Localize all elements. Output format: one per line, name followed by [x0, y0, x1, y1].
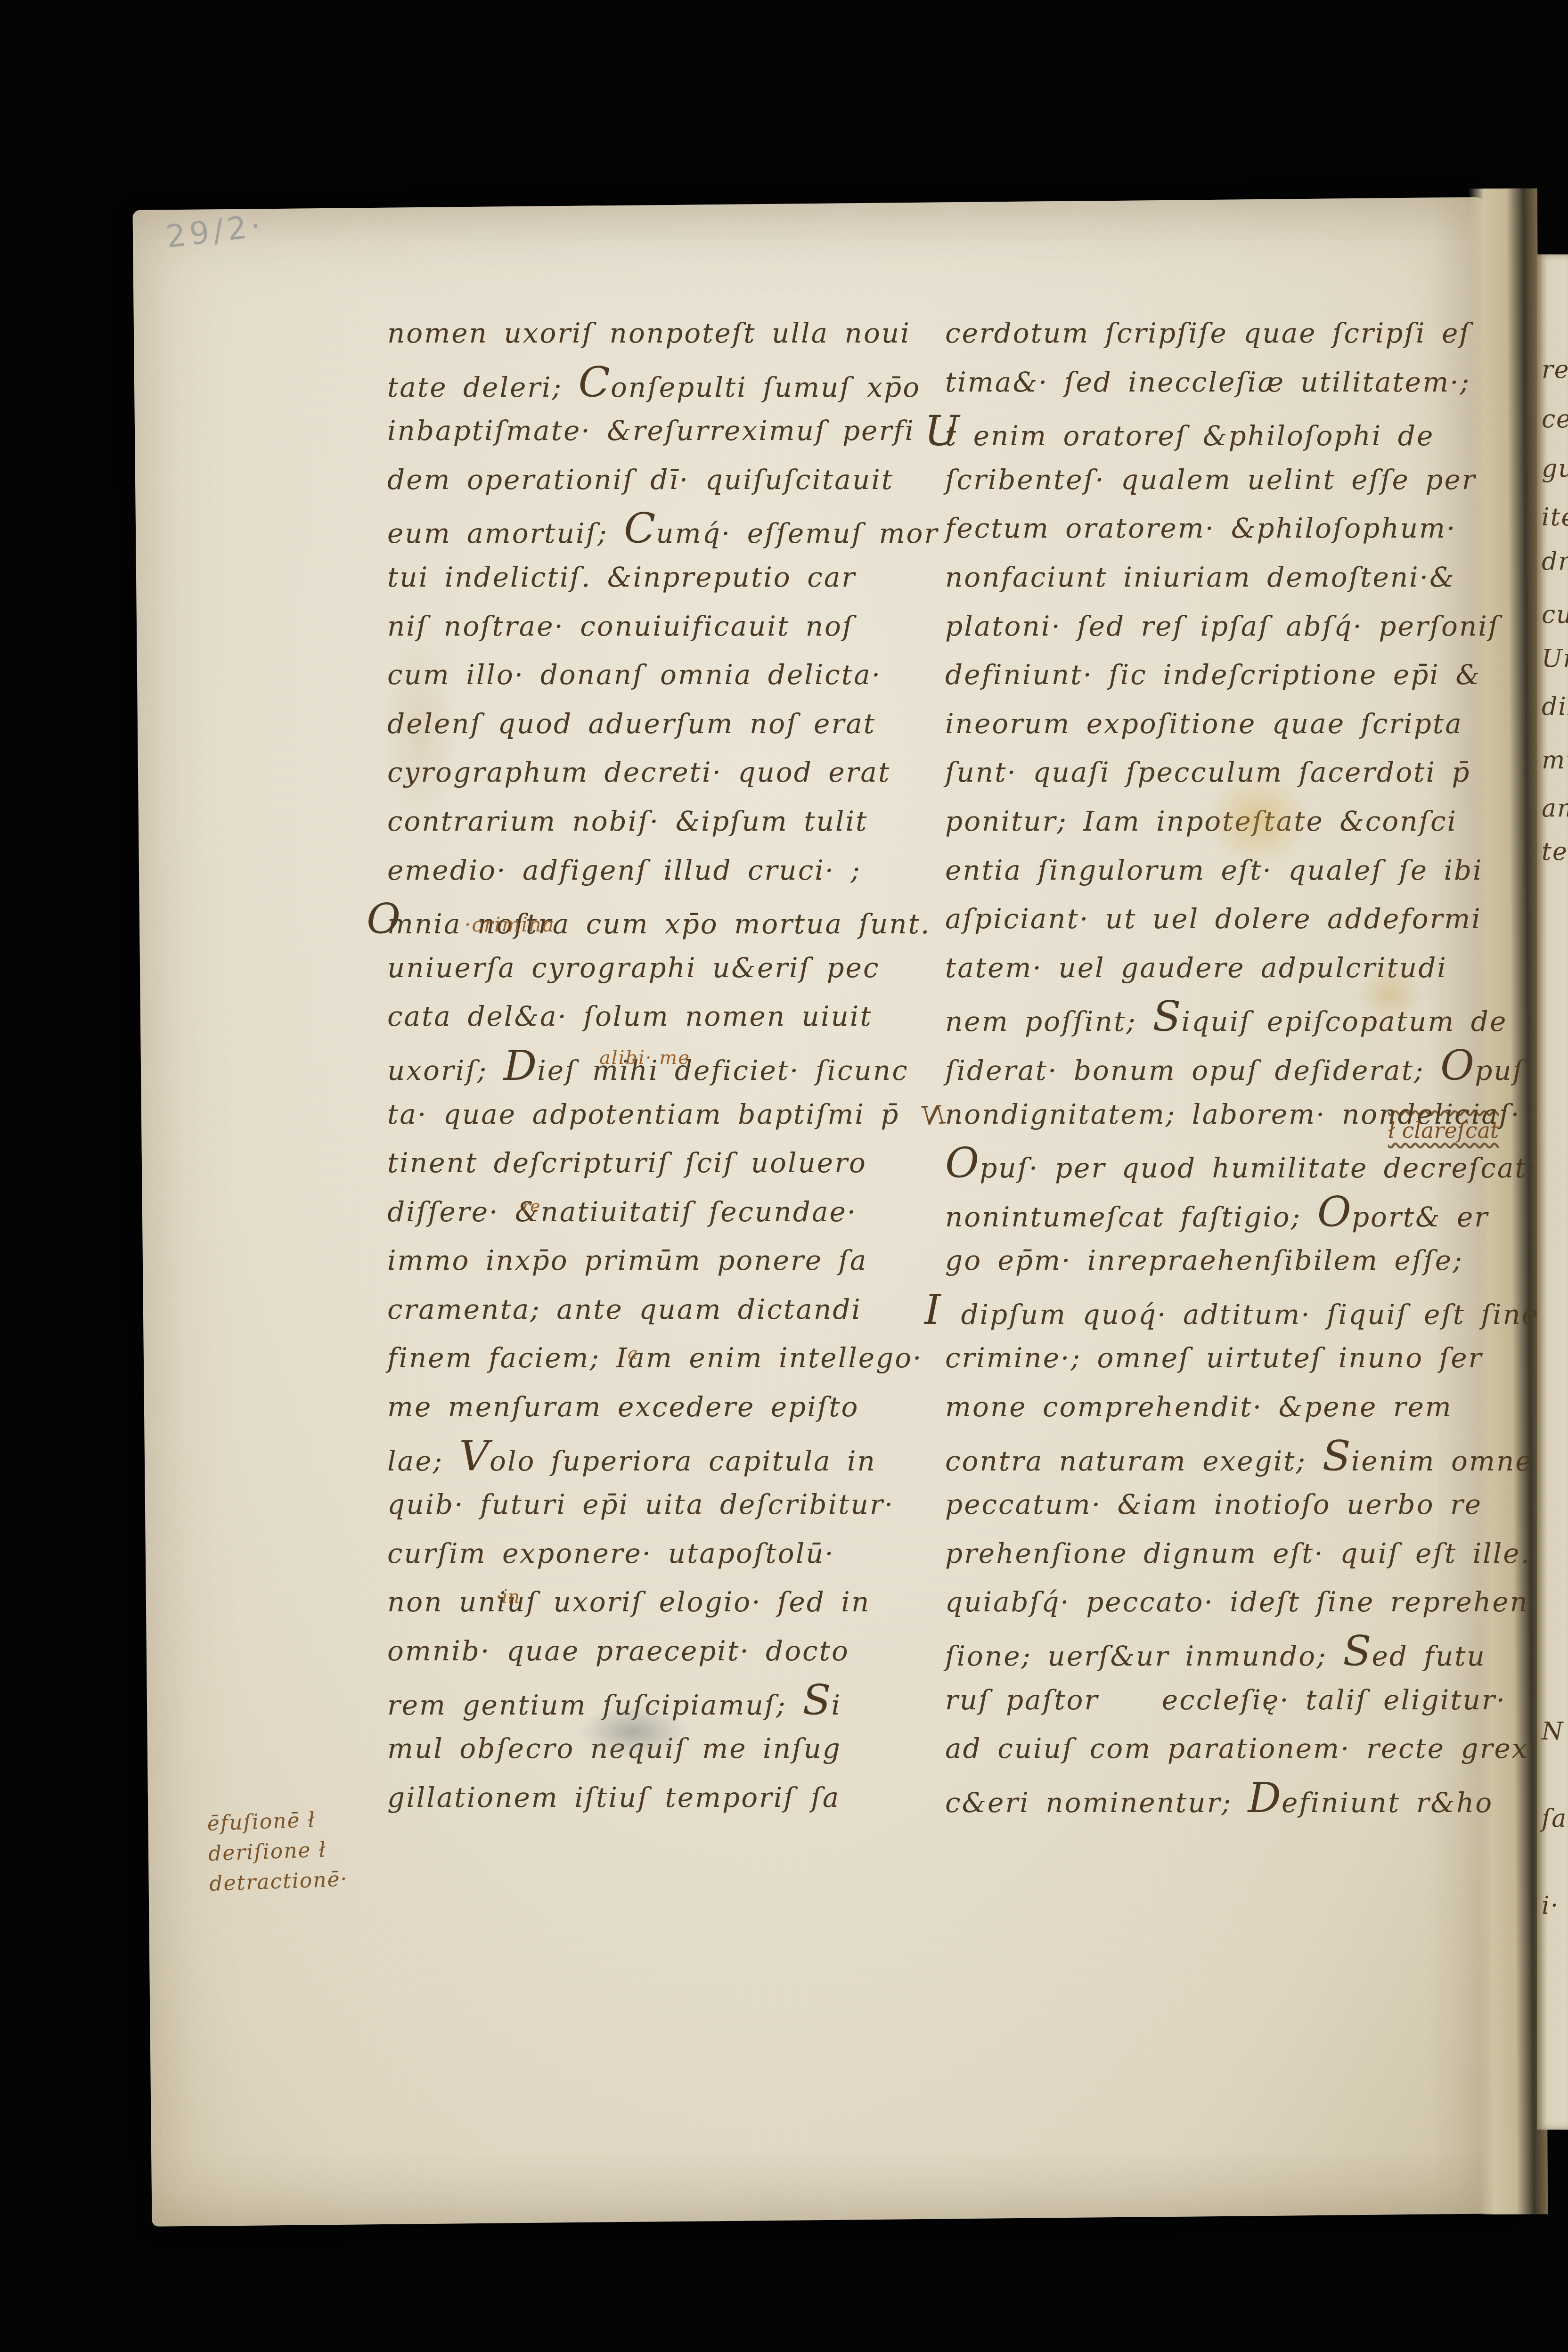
text-line: diſſere· &natiuitatiſ ſecundae·	[387, 1188, 939, 1237]
interlinear-gloss-alibi-me: alibi· me	[599, 1047, 690, 1069]
text-line: nonfaciunt iniuriam demoſteni·&	[945, 553, 1539, 602]
text-line: Ut enim oratoreſ &philoſophi de	[945, 407, 1539, 456]
text-line: I dipſum quoq́· adtitum· ſiquiſ eſt ſine	[945, 1285, 1539, 1334]
text-line: tui indelictiſ. &inpreputio car	[387, 553, 939, 602]
text-line: eum amortuiſ; Cumq́· eſſemuſ mor	[387, 504, 939, 553]
facing-page-text-fragment: ſa	[1542, 1805, 1567, 1833]
text-line: entia ſingulorum eſt· qualeſ ſe ibi	[945, 846, 1539, 895]
text-line: non uniuſ uxoriſ elogio· ſed in	[387, 1578, 939, 1627]
facing-page-text-fragment: dix	[1542, 693, 1568, 721]
text-line: tima&· ſed ineccleſiæ utilitatem·;	[945, 358, 1539, 407]
text-line: quib· futuri ep̄i uita deſcribitur·	[387, 1480, 939, 1529]
interlinear-correction-re: re	[522, 1197, 540, 1216]
text-line: nem poſſint; Siquiſ epiſcopatum de	[945, 992, 1539, 1041]
text-line: fectum oratorem· &philoſophum·	[945, 504, 1539, 553]
text-line: aſpiciant· ut uel dolere addeformi	[945, 895, 1539, 944]
interlinear-gloss-in: ·in	[496, 1586, 520, 1608]
text-line: immo inxp̄o primūm ponere ſa	[387, 1236, 939, 1285]
text-line: gillationem iſtiuſ temporiſ ſa	[387, 1773, 939, 1822]
facing-page-text-fragment: ite	[1542, 503, 1568, 531]
text-line: ſione; uerſ&ur inmundo; Sed futu	[945, 1627, 1539, 1676]
text-line: crimine·; omneſ uirtuteſ inuno ſer	[945, 1334, 1539, 1383]
text-line: ponitur; Iam inpoteſtate &conſci	[945, 797, 1539, 846]
text-line: uniuerſa cyrographi u&eriſ pec	[387, 944, 939, 993]
facing-page-text-fragment: i·	[1542, 1892, 1559, 1920]
text-line: ſunt· quaſi ſpecculum ſacerdoti p̄	[945, 748, 1539, 797]
text-line: nonintumeſcat faſtigio; Oport& er	[945, 1188, 1539, 1237]
margin-annotation-line: deriſione ł	[208, 1834, 347, 1869]
facing-page-text-fragment: Uni	[1542, 645, 1568, 673]
facing-page-text-fragment: gu	[1542, 455, 1568, 483]
facing-page-text-fragment: dn	[1542, 547, 1568, 576]
text-line: ruſ paſtor eccleſię· taliſ eligitur·	[945, 1676, 1539, 1725]
text-line: delenſ quod aduerſum noſ erat	[387, 700, 939, 749]
text-line: omnib· quae praecepit· docto	[387, 1627, 939, 1676]
interlinear-gloss-clarescat: ł clareſcat	[1388, 1118, 1499, 1143]
text-line: go ep̄m· inrepraehenſibilem eſſe;	[945, 1236, 1539, 1285]
facing-page-text-fragment: am	[1542, 794, 1568, 823]
text-line: inbaptiſmate· &reſurreximuſ perfi	[387, 407, 939, 456]
text-line: prehenſione dignum eſt· quiſ eſt ille.	[945, 1529, 1539, 1578]
text-line: rem gentium ſuſcipiamuſ; Si	[387, 1676, 939, 1725]
margin-annotation-line: detractionē·	[209, 1864, 348, 1899]
facing-page-text-fragment: N ce	[1542, 1717, 1568, 1746]
manuscript-photo-background: recetguitedncuiUnidixmuamteN ceſai· 29/2…	[0, 0, 1568, 2352]
text-line: mul obſecro nequiſ me inſug	[387, 1724, 939, 1773]
text-line: mone comprehendit· &pene rem	[945, 1383, 1539, 1432]
facing-page-text-fragment: cet	[1542, 405, 1568, 433]
text-line: c&eri nominentur; Definiunt r&ho	[945, 1773, 1539, 1822]
text-line: ineorum expoſitione quae ſcripta	[945, 700, 1539, 749]
text-line: ta· quae adpotentiam baptiſmi p̄	[387, 1090, 939, 1139]
interlinear-correction-a: a	[628, 1344, 637, 1363]
margin-annotation-bottom-left: ēfuſionē łderiſione łdetractionē·	[207, 1804, 349, 1899]
text-line: quiabſq́· peccato· ideſt ſine reprehen	[945, 1578, 1539, 1627]
facing-page-text-fragment: cui	[1542, 601, 1568, 629]
text-line: ſcribenteſ· qualem uelint eſſe per	[945, 456, 1539, 505]
text-line: cata del&a· ſolum nomen uiuit	[387, 992, 939, 1041]
text-line: contra naturam exegit; Sienim omne	[945, 1432, 1539, 1481]
margin-annotation-line: ēfuſionē ł	[207, 1804, 346, 1839]
nota-mark: N	[922, 1100, 946, 1131]
text-line: me menſuram excedere epiſto	[387, 1383, 939, 1432]
text-line: niſ noſtrae· conuiuificauit noſ	[387, 602, 939, 651]
text-line: cramenta; ante quam dictandi	[387, 1285, 939, 1334]
text-line: cum illo· donanſ omnia delicta·	[387, 651, 939, 700]
text-line: peccatum· &iam inotioſo uerbo re	[945, 1480, 1539, 1529]
text-line: Opuſ· per quod humilitate decreſcat·	[945, 1139, 1539, 1188]
text-line: emedio· adfigenſ illud cruci· ;	[387, 846, 939, 895]
facing-page-text-fragment: re	[1542, 356, 1568, 384]
text-line: ad cuiuſ com parationem· recte grex·	[945, 1724, 1539, 1773]
text-line: lae; Volo ſuperiora capitula in	[387, 1432, 939, 1481]
text-line: ſiderat· bonum opuſ deſiderat; Opuſ·	[945, 1041, 1539, 1090]
interlinear-gloss-crimina: ·crimina	[465, 913, 555, 936]
text-line: curſim exponere· utapoſtolū·	[387, 1529, 939, 1578]
text-line: finem faciem; Iam enim intellego·	[387, 1334, 939, 1383]
text-line: tinent deſcripturiſ ſciſ uoluero	[387, 1139, 939, 1188]
facing-page-text-fragment: mu	[1542, 746, 1568, 775]
text-line: definiunt· ſic indeſcriptione ep̄i &	[945, 651, 1539, 700]
text-line: contrarium nobiſ· &ipſum tulit	[387, 797, 939, 846]
text-line: nomen uxoriſ nonpoteſt ulla noui	[387, 309, 939, 358]
text-line: cyrographum decreti· quod erat	[387, 748, 939, 797]
text-line: dem operationiſ dī· quiſuſcitauit	[387, 456, 939, 505]
text-line: platoni· ſed reſ ipſaſ abſq́· perſoniſ	[945, 602, 1539, 651]
text-line: cerdotum ſcripſiſe quae ſcripſi eſ	[945, 309, 1539, 358]
facing-page-edge: recetguitedncuiUnidixmuamteN ceſai·	[1537, 254, 1568, 2130]
text-line: tate deleri; Conſepulti ſumuſ xp̄o	[387, 358, 939, 407]
text-line: tatem· uel gaudere adpulcritudi	[945, 944, 1539, 993]
facing-page-text-fragment: te	[1542, 838, 1568, 866]
right-column-text: cerdotum ſcripſiſe quae ſcripſi eſtima&·…	[945, 309, 1539, 1822]
